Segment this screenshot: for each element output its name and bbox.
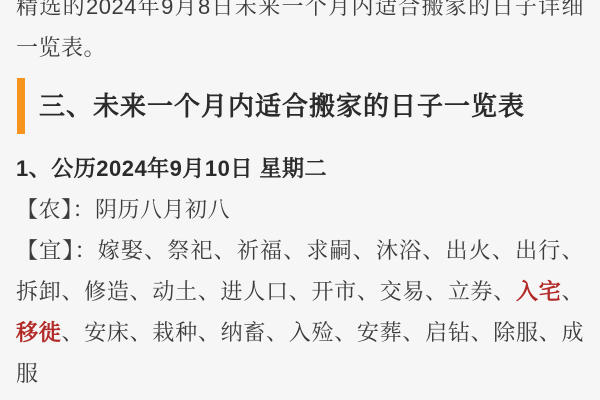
text-line: 精选的2024年9月8日未来一个月内适合搬家的日子详细 bbox=[16, 0, 584, 27]
text-segment: 拆卸、修造、动土、进人口、开市、交易、立券、 bbox=[16, 279, 516, 304]
entry-date: 1、公历2024年9月10日 星期二 bbox=[16, 148, 584, 189]
text-segment: 精选的2024年9月8日未来一个月内适合搬家的日子详细 bbox=[16, 0, 584, 19]
text-segment: 服 bbox=[16, 361, 39, 386]
text-line: 【宜】：嫁娶、祭祀、祈福、求嗣、沐浴、出火、出行、 bbox=[16, 230, 584, 271]
section-heading: 三、未来一个月内适合搬家的日子一览表 bbox=[16, 78, 584, 134]
text-line: 一览表。 bbox=[16, 27, 584, 68]
text-line: 移徙、安床、栽种、纳畜、入殓、安葬、启钻、除服、成 bbox=[16, 312, 584, 353]
entry-suitable-list: 【宜】：嫁娶、祭祀、祈福、求嗣、沐浴、出火、出行、拆卸、修造、动土、进人口、开市… bbox=[16, 230, 584, 394]
highlight-term: 入宅 bbox=[516, 279, 561, 304]
entry-lunar: 【农】：阴历八月初八 bbox=[16, 189, 584, 230]
text-segment: 、安床、栽种、纳畜、入殓、安葬、启钻、除服、成 bbox=[61, 320, 584, 345]
text-segment: 【宜】：嫁娶、祭祀、祈福、求嗣、沐浴、出火、出行、 bbox=[16, 238, 584, 263]
text-segment: 一览表。 bbox=[16, 35, 106, 60]
heading-accent-bar bbox=[17, 78, 25, 134]
intro-paragraph: 精选的2024年9月8日未来一个月内适合搬家的日子详细一览表。 bbox=[16, 0, 584, 68]
highlight-term: 移徙 bbox=[16, 320, 61, 345]
text-segment: 、 bbox=[561, 279, 584, 304]
text-line: 服 bbox=[16, 353, 584, 394]
text-line: 拆卸、修造、动土、进人口、开市、交易、立券、入宅、 bbox=[16, 271, 584, 312]
section-heading-text: 三、未来一个月内适合搬家的日子一览表 bbox=[39, 91, 525, 121]
article-page: 精选的2024年9月8日未来一个月内适合搬家的日子详细一览表。 三、未来一个月内… bbox=[0, 0, 600, 394]
